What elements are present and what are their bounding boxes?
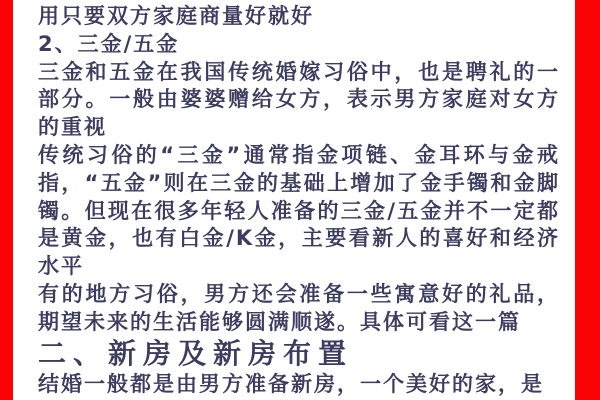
paragraph-local-custom-gifts: 有的地方习俗，男方还会准备一些寓意好的礼品，期望未来的生活能够圆满顺遂。具体可看… <box>38 281 560 337</box>
paragraph-sanjin-definition: 三金和五金在我国传统婚嫁习俗中，也是聘礼的一部分。一般由婆婆赠给女方，表示男方家… <box>38 59 560 142</box>
right-red-border <box>575 0 600 400</box>
section-heading-new-house: 二、新房及新房布置 <box>38 337 560 372</box>
paragraph-new-house-intro: 结婚一般都是由男方准备新房，一个美好的家，是 <box>38 371 560 399</box>
paragraph-sanjin-details: 传统习俗的“三金”通常指金项链、金耳环与金戒指，“五金”则在三金的基础上增加了金… <box>38 142 560 281</box>
paragraph-negotiation-tail: 用只要双方家庭商量好就好 <box>38 3 560 31</box>
article-content: 用只要双方家庭商量好就好 2、三金/五金 三金和五金在我国传统婚嫁习俗中，也是聘… <box>38 3 560 399</box>
left-red-border <box>0 0 13 400</box>
article-page: 用只要双方家庭商量好就好 2、三金/五金 三金和五金在我国传统婚嫁习俗中，也是聘… <box>0 0 600 400</box>
subheading-sanjin-wujin: 2、三金/五金 <box>38 31 560 59</box>
